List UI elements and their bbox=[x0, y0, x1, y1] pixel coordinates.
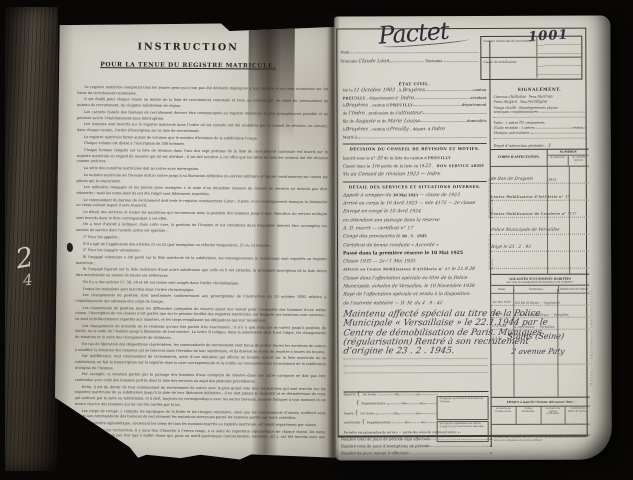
localite-row: 22-4-324 rue de la République — Versaill… bbox=[491, 306, 589, 318]
handwritten-text: — classe de 1923 bbox=[418, 193, 461, 198]
instruction-paragraph: Les classements de position dans les dif… bbox=[75, 306, 326, 325]
printed-text: BON SERVICE ARMÉ bbox=[437, 164, 485, 168]
printed-text: ÉTAT CIVIL. bbox=[399, 81, 430, 86]
epoque-col: l’armée territoriale. bbox=[516, 407, 541, 424]
handwritten-text: 35 bbox=[376, 156, 383, 162]
printed-text: , département d’ bbox=[366, 95, 400, 100]
col-subdivision-label: Subdivision de région. bbox=[559, 286, 589, 293]
side-label-armee-active: Disponibilité et réserve de l’armée acti… bbox=[488, 170, 494, 218]
printed-text: , canton d bbox=[368, 126, 390, 131]
handwritten-text: Rayé de l’affectation spéciale et rendu … bbox=[343, 292, 470, 297]
instruction-paragraph: Les corps de troupe, y compris les équip… bbox=[74, 409, 325, 423]
instruction-paragraph: Si l’engagé volontaire a été porté sur l… bbox=[76, 255, 327, 269]
handwritten-text: Indre bbox=[400, 95, 414, 101]
dotted-rule bbox=[423, 111, 487, 114]
total-line: Nombre de jours restant à effectuer= bbox=[341, 451, 493, 459]
handwritten-text: A. D. inscrit — certificat n° 17 bbox=[343, 226, 414, 231]
dotted-rule bbox=[494, 136, 586, 139]
corps-row: Centre Mobilisateur de Cavalerie n° 7117 bbox=[491, 201, 589, 218]
localites-rows: 1er Mai 1929103 Bd St-Denis — Argenteuil… bbox=[491, 294, 589, 330]
printed-text: , canton d bbox=[368, 103, 390, 108]
printed-text: et de bbox=[376, 118, 388, 123]
dotted-rule bbox=[406, 402, 420, 405]
printed-text: Réserve bbox=[344, 392, 357, 396]
corps-row: Rayé le 23 . 2 . 45 bbox=[491, 235, 589, 252]
dotted-rule bbox=[413, 96, 470, 99]
handwritten-text: Classé dans l’affectation spéciale au ti… bbox=[343, 276, 468, 281]
dotted-rule bbox=[425, 88, 473, 91]
page-gutter-shadow bbox=[327, 14, 340, 462]
printed-text: Degré d’instruction générale : bbox=[494, 143, 548, 147]
dotted-rule bbox=[408, 451, 489, 454]
handwritten-text: Police Municipale de Versailles bbox=[491, 228, 560, 233]
dotted-rule bbox=[359, 135, 487, 138]
handwritten-text: Municipale, échelon de Versailles, le 10… bbox=[343, 284, 475, 289]
handwritten-text: Bruyères bbox=[346, 103, 369, 109]
printed-text: Nombre total de jours d’exemptions de pé… bbox=[341, 444, 430, 448]
printed-text: Supplémentaire : bbox=[361, 402, 387, 406]
classe-mobilisation-row: Classe de mobilisation : bbox=[481, 58, 581, 78]
services-heading: DÉTAIL DES SERVICES ET SITUATIONS DIVERS… bbox=[343, 181, 487, 194]
corps-table-body: 8e Bon de Dragons3915Centre Mobilisateur… bbox=[491, 167, 589, 269]
instruction-paragraph: Si l’engagé figurait sur la liste matric… bbox=[76, 267, 327, 281]
col-controle-label: au contrôle spécial. bbox=[569, 156, 589, 166]
handwritten-surname: Pactet bbox=[377, 17, 449, 50]
epoque-col: la réserve de l’armée active. bbox=[492, 407, 517, 424]
localite-place: Stains (Seine) bbox=[507, 332, 565, 341]
dotted-rule bbox=[343, 356, 487, 359]
printed-text: PREUILLY bbox=[428, 156, 451, 160]
handwritten-text: le 21.9.38 bbox=[450, 267, 475, 272]
printed-text: Centre Mobilisateur de Cavalerie n° 7 bbox=[491, 212, 570, 216]
dotted-rule bbox=[430, 437, 489, 440]
corps-row: 8e Bon de Dragons3915 bbox=[491, 167, 589, 184]
matricule-page: Pactet 1001 Numéro matricule du recrutem… bbox=[334, 16, 612, 461]
classe-mobilisation-value-area bbox=[537, 58, 581, 78]
printed-text: Nombre de jours restant à effectuer bbox=[341, 452, 408, 456]
dotted-rule bbox=[540, 110, 585, 113]
printed-text: Passé dans la première réserve le 10 Mai… bbox=[343, 251, 463, 256]
handwritten-text: cultivateur bbox=[395, 110, 423, 116]
dotted-rule bbox=[388, 402, 402, 405]
handwritten-text: Certificat de bonne conduite « Accordé » bbox=[343, 243, 439, 248]
scanned-register-photo: 2 4 INSTRUCTION POUR LA TENUE DU REGISTR… bbox=[0, 0, 633, 480]
handwritten-text: moyen bbox=[503, 99, 517, 104]
printed-text: fils de bbox=[343, 118, 356, 123]
dotted-rule bbox=[378, 393, 395, 396]
printed-text: département bbox=[462, 102, 487, 107]
handwritten-text: de l’autorité militaire — D. M. du 4 . 9… bbox=[343, 301, 443, 306]
service-note-1944: d’origine le 23 . 2 . 1945. bbox=[343, 346, 487, 356]
classe-mobilisation-label: Classe de mobilisation : bbox=[481, 58, 537, 78]
dotted-rule bbox=[420, 119, 467, 122]
localite-row: 11-3-19382 rue Pasteur — Versailles bbox=[491, 318, 589, 330]
handwritten-text: 11-3-1938 bbox=[492, 324, 506, 328]
corps-numeros-header: NUMÉROS de matricule. au contrôle spécia… bbox=[548, 150, 589, 166]
handwritten-text: Indre bbox=[431, 126, 445, 132]
corps-title: CORPS D’AFFECTATION. bbox=[491, 150, 548, 166]
handwritten-text: 3915 bbox=[548, 178, 557, 182]
printed-text: Marié à bbox=[343, 134, 359, 139]
printed-text: Supplémentaire : bbox=[367, 420, 393, 424]
corps-row: Police Municipale de Versailles bbox=[491, 218, 589, 235]
printed-text: territoriale bbox=[344, 421, 362, 425]
instruction-paragraph: Enfin, il est du devoir de tout commanda… bbox=[75, 385, 326, 410]
periode-row: territoriale { Supplémentaire :duau bbox=[344, 420, 438, 430]
ink-blot bbox=[67, 243, 73, 252]
handwritten-text: l’Indre bbox=[348, 111, 365, 117]
instruction-page: INSTRUCTION POUR LA TENUE DU REGISTRE MA… bbox=[53, 21, 340, 461]
instruction-paragraph: En cas de libération des dispositions ci… bbox=[75, 342, 326, 356]
handwritten-text: 3 bbox=[547, 143, 551, 148]
printed-text: , départ. d bbox=[409, 126, 431, 131]
handwritten-text: Auguste bbox=[355, 118, 376, 124]
handwritten-text: 22-4-32 bbox=[492, 312, 502, 316]
epoque-col: la position de libéré du service. bbox=[566, 407, 590, 424]
col-communes-label: Communes. bbox=[514, 286, 559, 293]
decision-heading: DÉCISION DU CONSEIL DE RÉVISION ET MOTIF… bbox=[343, 143, 487, 156]
handwritten-text: Appelé à compter du bbox=[342, 193, 393, 198]
printed-text: DÉTAIL DES SERVICES ET SITUATIONS DIVERS… bbox=[349, 184, 481, 189]
dotted-rule bbox=[494, 115, 586, 118]
instruction-paragraph: Les changements de domicile ne se réalis… bbox=[75, 324, 326, 343]
dotted-rule bbox=[343, 363, 487, 366]
corps-row: Centre Mobilisateur d’Artillerie n° 17 bbox=[491, 184, 589, 201]
signalement-heading: SIGNALEMENT. bbox=[493, 85, 585, 94]
printed-text: = bbox=[490, 444, 493, 448]
dotted-rule bbox=[420, 411, 438, 414]
dotted-rule bbox=[413, 104, 462, 107]
epoque-note: Se conformer, toutefois, aux lois et déc… bbox=[492, 436, 590, 444]
printed-text: 10 Mai 1923 bbox=[393, 193, 418, 197]
printed-text: , profession de bbox=[365, 110, 396, 115]
dotted-rule bbox=[532, 131, 586, 134]
epoque-table: ÉPOQUE à laquelle l’homme doit passer da… bbox=[492, 399, 590, 447]
handwritten-text: en attendant son passage dans la réserve bbox=[343, 218, 440, 223]
printed-text: partie de la liste en 19 bbox=[380, 163, 425, 168]
printed-text: PREUILLY bbox=[390, 104, 413, 108]
corps-affectation-table: CORPS D’AFFECTATION. NUMÉROS de matricul… bbox=[491, 149, 589, 275]
printed-text: de la liste du canton d bbox=[383, 156, 428, 161]
epoque-col: la réserve de l’armée territoriale. bbox=[541, 407, 566, 424]
printed-text: résidant bbox=[471, 95, 487, 100]
printed-text: centim.) bbox=[572, 125, 585, 129]
instruction-paragraph: On a tout d’abord à indiquer, dans cette… bbox=[76, 222, 327, 236]
localite-big-entry: 2-4-51 Stains (Seine) 2 avenue Paty bbox=[491, 330, 589, 365]
printer-margin-note: Melun. — Imprimerie administrative. bbox=[588, 86, 593, 386]
dotted-rule bbox=[376, 412, 394, 415]
decision-line: Vu au Conseil de révision 1923 — Indre bbox=[343, 171, 487, 179]
dotted-rule bbox=[534, 126, 573, 129]
localite-row: 1er Mai 1929103 Bd St-Denis — Argenteuil bbox=[491, 294, 589, 306]
handwritten-text: Vu au Conseil de révision 1923 — Indre bbox=[342, 171, 441, 177]
printed-text: Inscrit sous le n° bbox=[343, 156, 377, 161]
corps-row bbox=[491, 252, 589, 269]
periode-row: Armée { 1re levée :duau bbox=[344, 411, 438, 421]
handwritten-text: Arrivé au corps le 16 Avril 1923 — mle 4… bbox=[342, 201, 475, 206]
side-label-territoriale: Armée territoriale et sa réserve. bbox=[488, 224, 494, 270]
dotted-rule bbox=[399, 393, 416, 396]
periodes-note-box: À reporter sur le livret individuel de l… bbox=[437, 396, 489, 420]
form-frame: ÉTAT CIVIL.Né le 11 Octobre 1903 , à Bru… bbox=[336, 28, 587, 438]
printed-text: = bbox=[490, 451, 493, 455]
instruction-paragraph: Chaque homme compris sur la liste de rév… bbox=[77, 148, 328, 167]
book-cover-edge: 2 4 bbox=[5, 7, 58, 471]
col-dates-label: Dates. bbox=[491, 286, 514, 293]
instruction-paragraph: Les militaires rengagés et les jeunes ge… bbox=[76, 185, 327, 199]
dotted-rule bbox=[398, 411, 416, 414]
form-left-column: ÉTAT CIVIL.Né le 11 Octobre 1903 , à Bru… bbox=[342, 79, 487, 377]
dotted-rule bbox=[420, 393, 437, 396]
printed-text: Armée bbox=[344, 411, 355, 415]
printed-text: Classé dans la bbox=[343, 164, 372, 169]
handwritten-text: 1er Mai 1929 bbox=[492, 300, 510, 304]
printed-text: = bbox=[490, 437, 493, 441]
corps-table-header: CORPS D’AFFECTATION. NUMÉROS de matricul… bbox=[491, 150, 589, 167]
instruction-paragraph: Par exemple, la mention portée par le pa… bbox=[75, 372, 326, 386]
handwritten-text: Rayé le 23 . 2 . 45 bbox=[491, 245, 532, 250]
dotted-rule bbox=[423, 402, 437, 405]
epoque-columns: la réserve de l’armée active. l’armée te… bbox=[492, 407, 590, 425]
handwritten-text: 8e Bon de Dragons bbox=[490, 177, 533, 182]
instruction-paragraph: Pour faciliter les recherches, il y aura… bbox=[74, 428, 325, 447]
dotted-rule bbox=[393, 421, 405, 424]
totals-section: Nombre total de jours de période déjà ef… bbox=[341, 437, 493, 459]
dotted-rule bbox=[429, 444, 489, 447]
instruction-paragraph: Les changements de position sont mention… bbox=[75, 293, 326, 307]
printed-text: Nombre total de jours de période déjà ef… bbox=[341, 437, 431, 441]
handwritten-text: Preuilly bbox=[390, 126, 410, 132]
handwritten-text: 1re bbox=[371, 163, 380, 169]
printed-text: (Taille rectifiée : 1 mètre bbox=[494, 126, 534, 130]
cover-handwritten-number: 4 bbox=[22, 271, 33, 290]
service-note-1944: Municipale « Versaillaise » le 22.1.1944… bbox=[343, 318, 487, 328]
printed-text: Affecté au Centre Mobilisateur d’Artille… bbox=[343, 268, 450, 272]
handwritten-text: Marie Louise bbox=[387, 118, 420, 124]
dotted-rule bbox=[409, 421, 421, 424]
tape-stain bbox=[251, 19, 281, 465]
numeros-subheaders: de matricule. au contrôle spécial. bbox=[548, 156, 589, 166]
handwritten-text: Classe 1935 — 2e / 1 Mai 1935 bbox=[343, 259, 416, 264]
printed-text: 1re levée : bbox=[360, 411, 376, 415]
localite-date: 2-4-51 bbox=[492, 336, 502, 340]
blank-ruled-line bbox=[343, 370, 487, 378]
handwritten-text: Congé des provisoires le bbox=[343, 234, 403, 239]
handwritten-text: Bruyères bbox=[346, 126, 369, 132]
printed-text: DÉCISION DU CONSEIL DE RÉVISION ET MOTIF… bbox=[349, 146, 479, 151]
printed-text: nomiques complémentaires : bbox=[494, 110, 541, 114]
handwritten-text: ovale bbox=[505, 104, 517, 109]
printed-text: domiciliés bbox=[467, 118, 487, 123]
etat-civil-line: Marié à bbox=[343, 134, 487, 142]
instruction-body: Le registre matricule comprend tous les … bbox=[74, 85, 328, 447]
dotted-rule bbox=[343, 370, 487, 373]
printed-text: PREUILLY bbox=[343, 96, 366, 100]
printed-text: Marques particulières : bbox=[494, 131, 532, 135]
col-matricule-label: de matricule. bbox=[548, 156, 569, 166]
signalement-section: SIGNALEMENT.Cheveux châtains Yeux marron… bbox=[493, 85, 585, 149]
handwritten-text: 11 Octobre 1903 bbox=[353, 87, 395, 93]
signalement-line bbox=[494, 136, 586, 142]
handwritten-text: 4 rue de la République — Versailles bbox=[514, 313, 568, 317]
form-right-column: SIGNALEMENT.Cheveux châtains Yeux marron… bbox=[489, 41, 589, 447]
instruction-paragraph: Par indifférence, tout commandant de rec… bbox=[75, 354, 326, 373]
handwritten-text: Envoyé en congé le 10 Avril 1924 bbox=[343, 210, 422, 215]
printed-text: 1re levée : bbox=[362, 392, 378, 396]
printed-text: SIGNALEMENT. bbox=[518, 87, 561, 92]
handwritten-text: Bruyères bbox=[402, 87, 425, 93]
handwritten-text: 2 rue Pasteur — Versailles bbox=[514, 325, 554, 329]
printed-text: 10 . 5 . 1925 bbox=[402, 234, 427, 238]
handwritten-text: 23 bbox=[424, 163, 431, 169]
matricule-number: 1001 bbox=[528, 28, 569, 45]
instruction-paragraph: Le commandant du bureau de recrutement d… bbox=[76, 198, 327, 212]
epoque-empty-row bbox=[492, 425, 590, 436]
handwritten-text: 103 Bd St-Denis — Argenteuil bbox=[514, 301, 560, 305]
printed-text: canton bbox=[473, 87, 486, 92]
handwritten-text: 117 bbox=[570, 212, 576, 216]
printed-text bbox=[344, 402, 356, 406]
localites-table: LOCALITÉS SUCCESSIVES HABITÉES par suite… bbox=[491, 275, 589, 398]
printed-text: Centre Mobilisateur d’Artillerie n° 17 bbox=[491, 195, 570, 199]
